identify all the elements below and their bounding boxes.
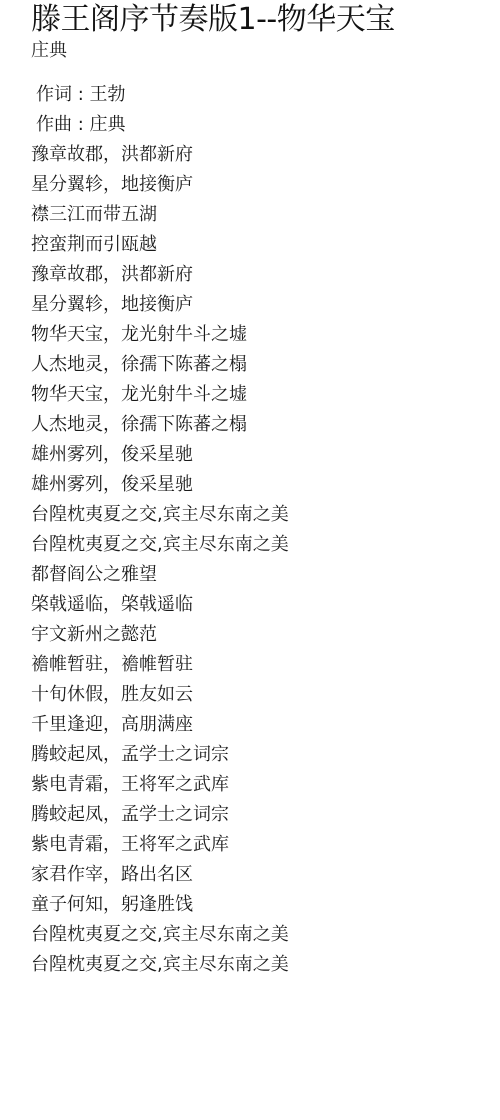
lyric-line: 襟三江而带五湖 bbox=[31, 200, 500, 230]
lyric-line: 物华天宝，龙光射牛斗之墟 bbox=[31, 320, 500, 350]
lyric-line: 星分翼轸，地接衡庐 bbox=[31, 290, 500, 320]
lyric-line: 腾蛟起凤，孟学士之词宗 bbox=[31, 800, 500, 830]
lyrics-body: 作词 : 王勃 作曲 : 庄典 豫章故郡，洪都新府 星分翼轸，地接衡庐 襟三江而… bbox=[31, 80, 500, 980]
lyric-line: 襜帷暂驻，襜帷暂驻 bbox=[31, 650, 500, 680]
lyric-line: 台隍枕夷夏之交,宾主尽东南之美 bbox=[31, 950, 500, 980]
lyric-line: 台隍枕夷夏之交,宾主尽东南之美 bbox=[31, 500, 500, 530]
lyric-line: 腾蛟起凤，孟学士之词宗 bbox=[31, 740, 500, 770]
lyrics-page: 滕王阁序节奏版1--物华天宝 庄典 作词 : 王勃 作曲 : 庄典 豫章故郡，洪… bbox=[31, 0, 500, 980]
lyric-line: 雄州雾列，俊采星驰 bbox=[31, 440, 500, 470]
lyric-line: 童子何知，躬逢胜饯 bbox=[31, 890, 500, 920]
lyric-line: 十旬休假，胜友如云 bbox=[31, 680, 500, 710]
lyric-line: 棨戟遥临，棨戟遥临 bbox=[31, 590, 500, 620]
lyric-line: 千里逢迎，高朋满座 bbox=[31, 710, 500, 740]
lyric-line: 宇文新州之懿范 bbox=[31, 620, 500, 650]
lyric-line: 雄州雾列，俊采星驰 bbox=[31, 470, 500, 500]
lyric-line: 控蛮荆而引瓯越 bbox=[31, 230, 500, 260]
lyric-line: 紫电青霜，王将军之武库 bbox=[31, 830, 500, 860]
song-artist: 庄典 bbox=[31, 39, 500, 63]
lyric-line: 都督阎公之雅望 bbox=[31, 560, 500, 590]
lyric-line: 人杰地灵，徐孺下陈蕃之榻 bbox=[31, 410, 500, 440]
composer-credit: 作曲 : 庄典 bbox=[31, 110, 500, 140]
lyric-line: 台隍枕夷夏之交,宾主尽东南之美 bbox=[31, 530, 500, 560]
lyricist-credit: 作词 : 王勃 bbox=[31, 80, 500, 110]
lyric-line: 物华天宝，龙光射牛斗之墟 bbox=[31, 380, 500, 410]
lyric-line: 豫章故郡，洪都新府 bbox=[31, 140, 500, 170]
lyric-line: 紫电青霜，王将军之武库 bbox=[31, 770, 500, 800]
lyric-line: 星分翼轸，地接衡庐 bbox=[31, 170, 500, 200]
lyric-line: 人杰地灵，徐孺下陈蕃之榻 bbox=[31, 350, 500, 380]
lyric-line: 台隍枕夷夏之交,宾主尽东南之美 bbox=[31, 920, 500, 950]
lyric-line: 家君作宰，路出名区 bbox=[31, 860, 500, 890]
song-title: 滕王阁序节奏版1--物华天宝 bbox=[31, 0, 500, 39]
lyric-line: 豫章故郡，洪都新府 bbox=[31, 260, 500, 290]
